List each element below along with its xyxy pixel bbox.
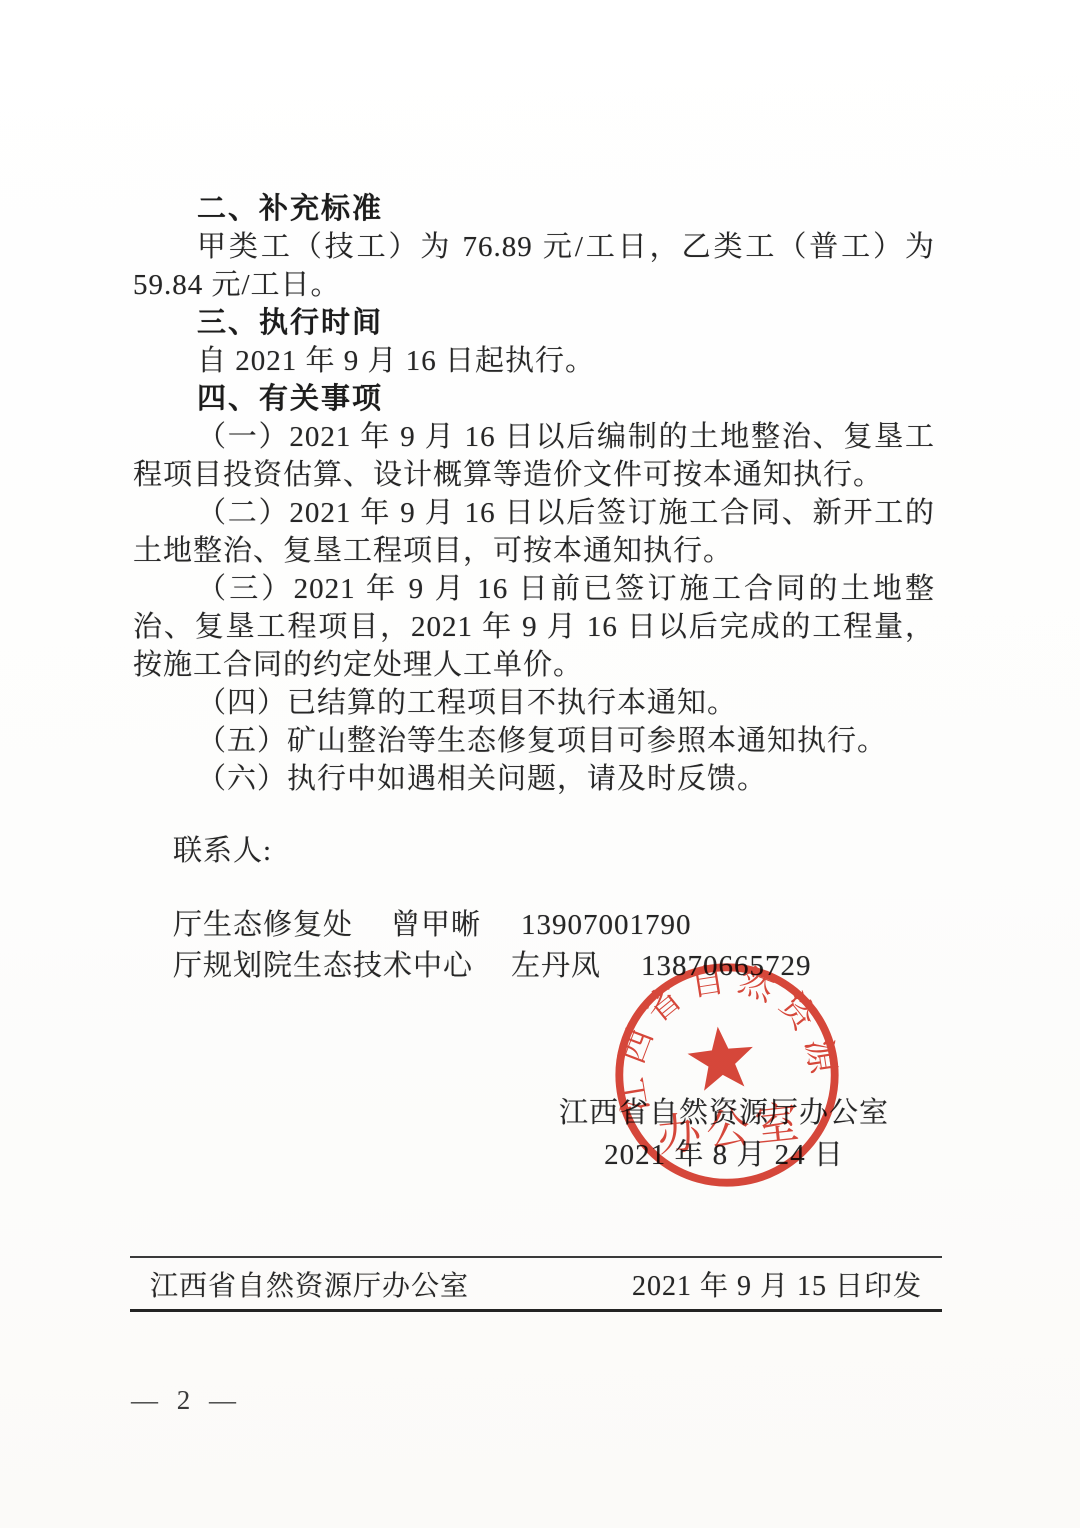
section-4-item-2: （二）2021 年 9 月 16 日以后签订施工合同、新开工的土地整治、复垦工程… (133, 494, 935, 570)
section-3-paragraph: 自 2021 年 9 月 16 日起执行。 (133, 342, 935, 380)
section-4-item-6: （六）执行中如遇相关问题，请及时反馈。 (133, 760, 935, 798)
page-number: — 2 — (131, 1385, 242, 1416)
contact-2-department: 厅规划院生态技术中心 (173, 947, 473, 985)
contact-row-2: 厅规划院生态技术中心 左丹凤 13870665729 (133, 947, 935, 985)
document-page: 二、补充标准 甲类工（技工）为 76.89 元/工日，乙类工（普工）为 59.8… (0, 0, 1080, 1528)
signature-block: 江西省自然资源厅办公室 2021 年 8 月 24 日 (538, 1092, 910, 1176)
seal-star-icon (685, 1023, 757, 1092)
footer-print-date: 2021 年 9 月 15 日印发 (632, 1264, 922, 1304)
section-4-heading: 四、有关事项 (133, 380, 935, 418)
document-body: 二、补充标准 甲类工（技工）为 76.89 元/工日，乙类工（普工）为 59.8… (133, 190, 935, 798)
signature-date: 2021 年 8 月 24 日 (538, 1134, 910, 1176)
contact-1-name: 曾甲晰 (391, 906, 481, 944)
contact-2-phone: 13870665729 (641, 947, 812, 985)
signature-organization: 江西省自然资源厅办公室 (538, 1092, 910, 1134)
section-4-item-5: （五）矿山整治等生态修复项目可参照本通知执行。 (133, 722, 935, 760)
contact-label: 联系人: (133, 832, 935, 870)
section-4-item-4: （四）已结算的工程项目不执行本通知。 (133, 684, 935, 722)
contact-block: 联系人: 厅生态修复处 曾甲晰 13907001790 厅规划院生态技术中心 左… (133, 832, 935, 985)
contact-1-phone: 13907001790 (521, 906, 692, 944)
footer: 江西省自然资源厅办公室 2021 年 9 月 15 日印发 (130, 1256, 942, 1312)
section-2-heading: 二、补充标准 (133, 190, 935, 228)
contact-2-name: 左丹凤 (511, 947, 601, 985)
footer-issuer: 江西省自然资源厅办公室 (150, 1264, 469, 1304)
section-3-heading: 三、执行时间 (133, 304, 935, 342)
section-2-paragraph: 甲类工（技工）为 76.89 元/工日，乙类工（普工）为 59.84 元/工日。 (133, 228, 935, 304)
section-4-item-3: （三）2021 年 9 月 16 日前已签订施工合同的土地整治、复垦工程项目，2… (133, 570, 935, 684)
contact-1-department: 厅生态修复处 (173, 906, 353, 944)
contact-row-1: 厅生态修复处 曾甲晰 13907001790 (133, 906, 935, 944)
section-4-item-1: （一）2021 年 9 月 16 日以后编制的土地整治、复垦工程项目投资估算、设… (133, 418, 935, 494)
